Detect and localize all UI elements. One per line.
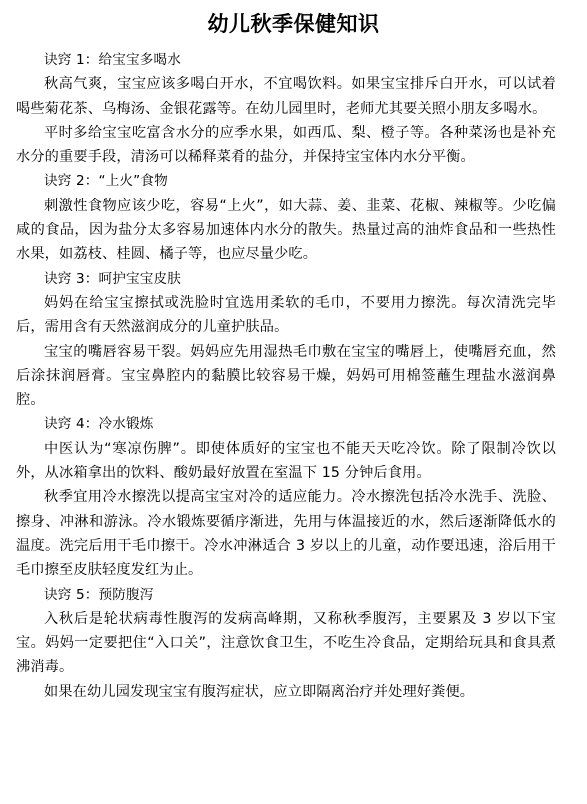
section-tip-3: 诀窍 3：呵护宝宝皮肤 妈妈在给宝宝擦拭或洗脸时宜选用柔软的毛巾，不要用力擦洗。… — [16, 267, 556, 413]
paragraph: 平时多给宝宝吃富含水分的应季水果，如西瓜、梨、橙子等。各种菜汤也是补充水分的重要… — [16, 121, 556, 170]
paragraph: 入秋后是轮状病毒性腹泻的发病高峰期，又称秋季腹泻，主要累及 3 岁以下宝宝。妈妈… — [16, 607, 556, 680]
section-tip-2: 诀窍 2：“上火”食物 刺激性食物应该少吃，容易“上火”，如大蒜、姜、韭菜、花椒… — [16, 169, 556, 266]
section-heading: 诀窍 5：预防腹泻 — [16, 583, 556, 607]
paragraph: 秋高气爽，宝宝应该多喝白开水，不宜喝饮料。如果宝宝排斥白开水，可以试着喝些菊花茶… — [16, 72, 556, 121]
paragraph: 如果在幼儿园发现宝宝有腹泻症状，应立即隔离治疗并处理好粪便。 — [16, 680, 556, 704]
section-tip-1: 诀窍 1：给宝宝多喝水 秋高气爽，宝宝应该多喝白开水，不宜喝饮料。如果宝宝排斥白… — [16, 48, 556, 169]
section-heading: 诀窍 1：给宝宝多喝水 — [16, 48, 556, 72]
section-tip-4: 诀窍 4：冷水锻炼 中医认为“寒凉伤脾”。即使体质好的宝宝也不能天天吃冷饮。除了… — [16, 412, 556, 582]
document-page: 幼儿秋季保健知识 诀窍 1：给宝宝多喝水 秋高气爽，宝宝应该多喝白开水，不宜喝饮… — [0, 0, 587, 804]
paragraph: 刺激性食物应该少吃，容易“上火”，如大蒜、姜、韭菜、花椒、辣椒等。少吃偏咸的食品… — [16, 194, 556, 267]
section-tip-5: 诀窍 5：预防腹泻 入秋后是轮状病毒性腹泻的发病高峰期，又称秋季腹泻，主要累及 … — [16, 583, 556, 704]
paragraph: 秋季宜用冷水擦洗以提高宝宝对冷的适应能力。冷水擦洗包括冷水洗手、洗脸、擦身、冲淋… — [16, 485, 556, 582]
section-heading: 诀窍 2：“上火”食物 — [16, 169, 556, 193]
document-body: 诀窍 1：给宝宝多喝水 秋高气爽，宝宝应该多喝白开水，不宜喝饮料。如果宝宝排斥白… — [16, 48, 556, 704]
section-heading: 诀窍 4：冷水锻炼 — [16, 412, 556, 436]
section-heading: 诀窍 3：呵护宝宝皮肤 — [16, 267, 556, 291]
paragraph: 妈妈在给宝宝擦拭或洗脸时宜选用柔软的毛巾，不要用力擦洗。每次清洗完毕后，需用含有… — [16, 291, 556, 340]
page-title: 幼儿秋季保健知识 — [0, 8, 587, 40]
paragraph: 中医认为“寒凉伤脾”。即使体质好的宝宝也不能天天吃冷饮。除了限制冷饮以外，从冰箱… — [16, 437, 556, 486]
paragraph: 宝宝的嘴唇容易干裂。妈妈应先用湿热毛巾敷在宝宝的嘴唇上，使嘴唇充血，然后涂抹润唇… — [16, 340, 556, 413]
